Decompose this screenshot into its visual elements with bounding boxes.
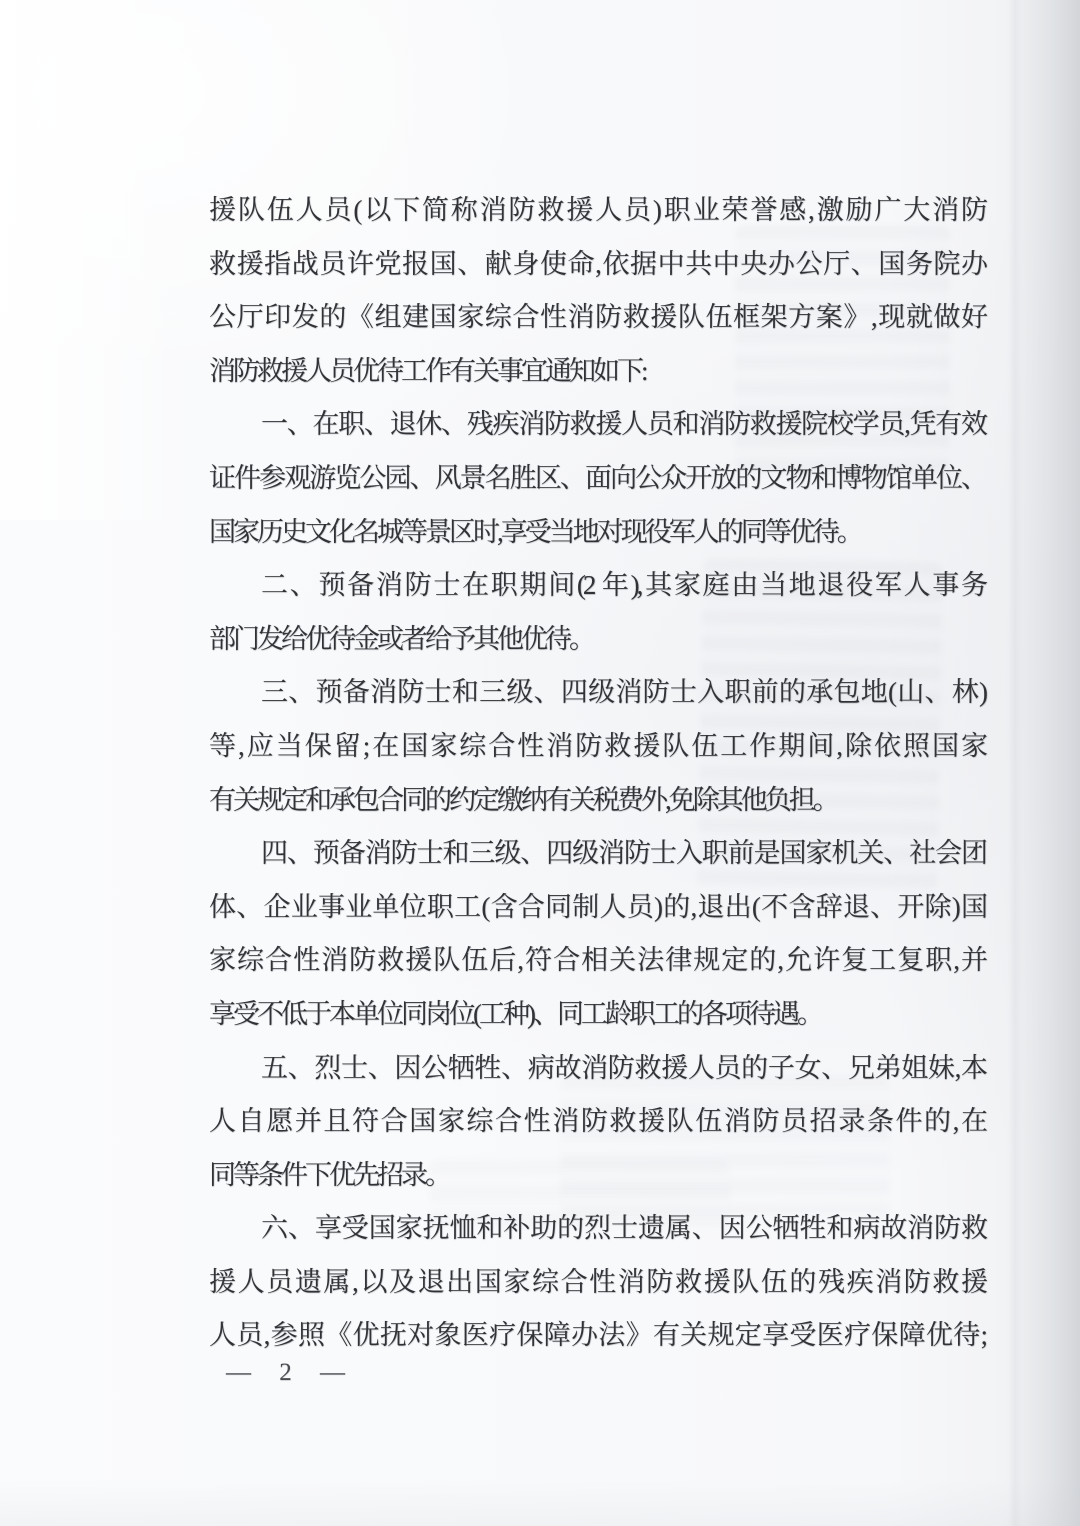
scan-highlight-topleft <box>0 0 220 520</box>
doc-line-08: 二、预备消防士在职期间(2 年),其家庭由当地退役军人事务 <box>209 559 985 613</box>
doc-line-02: 救援指战员许党报国、献身使命,依据中共中央办公厅、国务院办 <box>209 238 985 292</box>
page-number: — 2 — <box>226 1356 347 1390</box>
scan-crease <box>1008 0 1022 1526</box>
doc-line-01: 援队伍人员(以下简称消防救援人员)职业荣誉感,激励广大消防 <box>209 184 985 238</box>
doc-line-09: 部门发给优待金或者给予其他优待。 <box>209 613 985 667</box>
doc-line-03: 公厅印发的《组建国家综合性消防救援队伍框架方案》,现就做好 <box>209 291 985 345</box>
doc-line-06: 证件参观游览公园、风景名胜区、面向公众开放的文物和博物馆单位、 <box>209 452 985 506</box>
doc-line-11: 等,应当保留;在国家综合性消防救援队伍工作期间,除依照国家 <box>209 720 985 774</box>
doc-line-13: 四、预备消防士和三级、四级消防士入职前是国家机关、社会团 <box>209 827 985 881</box>
doc-line-16: 享受不低于本单位同岗位(工种)、同工龄职工的各项待遇。 <box>209 988 985 1042</box>
doc-line-19: 同等条件下优先招录。 <box>209 1149 985 1203</box>
doc-line-15: 家综合性消防救援队伍后,符合相关法律规定的,允许复工复职,并 <box>209 934 985 988</box>
doc-line-10: 三、预备消防士和三级、四级消防士入职前的承包地(山、林) <box>209 666 985 720</box>
doc-line-07: 国家历史文化名城等景区时,享受当地对现役军人的同等优待。 <box>209 506 985 560</box>
doc-line-17: 五、烈士、因公牺牲、病故消防救援人员的子女、兄弟姐妹,本 <box>209 1042 985 1096</box>
doc-line-21: 援人员遗属,以及退出国家综合性消防救援队伍的残疾消防救援 <box>209 1256 985 1310</box>
scan-shadow-right <box>1010 0 1080 1526</box>
doc-line-04: 消防救援人员优待工作有关事宜通知如下: <box>209 345 985 399</box>
document-body-text: 援队伍人员(以下简称消防救援人员)职业荣誉感,激励广大消防 救援指战员许党报国、… <box>209 184 985 1363</box>
doc-line-18: 人自愿并且符合国家综合性消防救援队伍消防员招录条件的,在 <box>209 1095 985 1149</box>
doc-line-12: 有关规定和承包合同的约定缴纳有关税费外,免除其他负担。 <box>209 774 985 828</box>
doc-line-14: 体、企业事业单位职工(含合同制人员)的,退出(不含辞退、开除)国 <box>209 881 985 935</box>
doc-line-20: 六、享受国家抚恤和补助的烈士遗属、因公牺牲和病故消防救 <box>209 1202 985 1256</box>
scan-shadow-bottom <box>0 1480 1080 1526</box>
scanned-document-page: 援队伍人员(以下简称消防救援人员)职业荣誉感,激励广大消防 救援指战员许党报国、… <box>0 0 1080 1526</box>
doc-line-05: 一、在职、退休、残疾消防救援人员和消防救援院校学员,凭有效 <box>209 398 985 452</box>
